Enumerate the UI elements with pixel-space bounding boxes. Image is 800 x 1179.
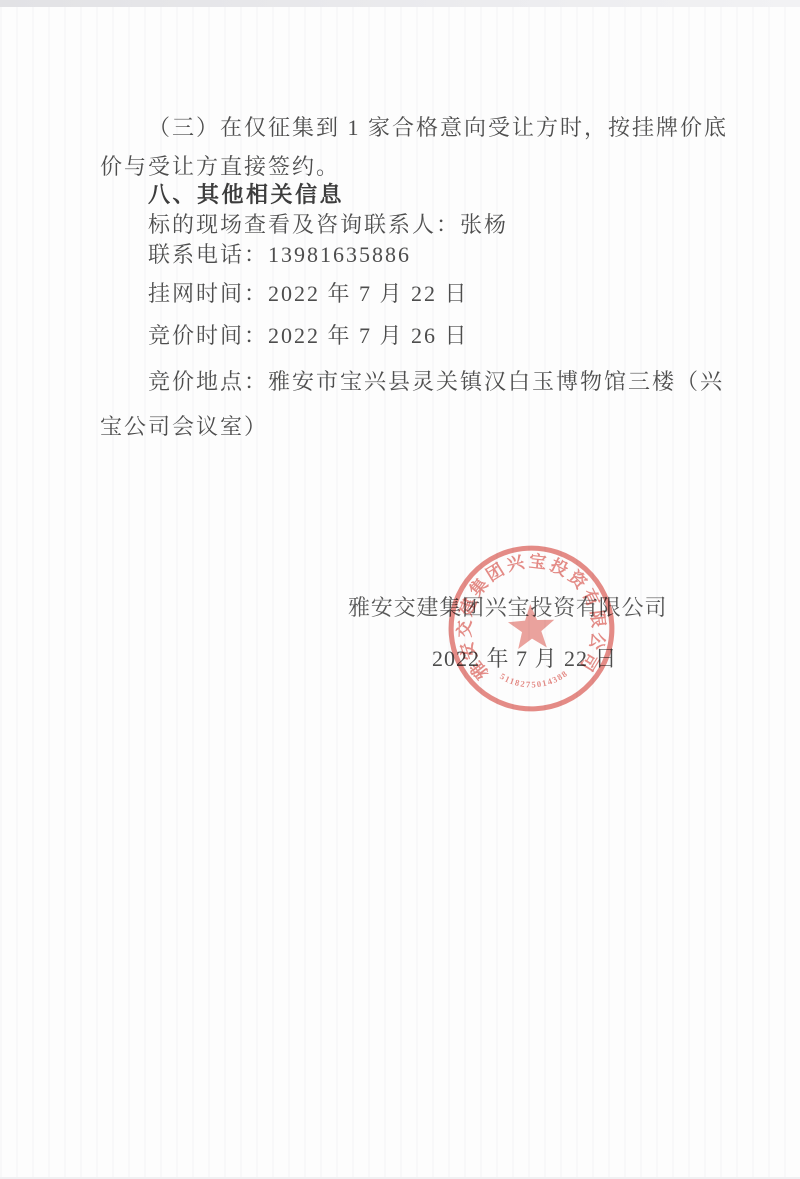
contact-phone-line: 联系电话：13981635886 [148,241,411,269]
contact-person-line: 标的现场查看及咨询联系人：张杨 [148,211,508,239]
listing-date-line: 挂网时间：2022 年 7 月 22 日 [148,280,469,308]
star-icon [507,603,556,650]
clause-3-line-1: （三）在仅征集到 1 家合格意向受让方时，按挂牌价底 [148,114,728,142]
section-8-heading: 八、其他相关信息 [148,181,344,209]
bidding-location-line-1: 竞价地点：雅安市宝兴县灵关镇汉白玉博物馆三楼（兴 [148,368,724,396]
scanned-document-page: （三）在仅征集到 1 家合格意向受让方时，按挂牌价底 价与受让方直接签约。 八、… [0,0,800,1179]
bidding-location-line-2: 宝公司会议室） [100,413,268,441]
scan-top-edge [0,0,800,7]
company-seal-stamp: 雅安交建集团兴宝投资有限公司 5118275014388 [440,537,624,721]
bidding-date-line: 竞价时间：2022 年 7 月 26 日 [148,322,469,350]
seal-number-arc-text: 5118275014388 [498,668,571,692]
clause-3-line-2: 价与受让方直接签约。 [100,153,340,181]
